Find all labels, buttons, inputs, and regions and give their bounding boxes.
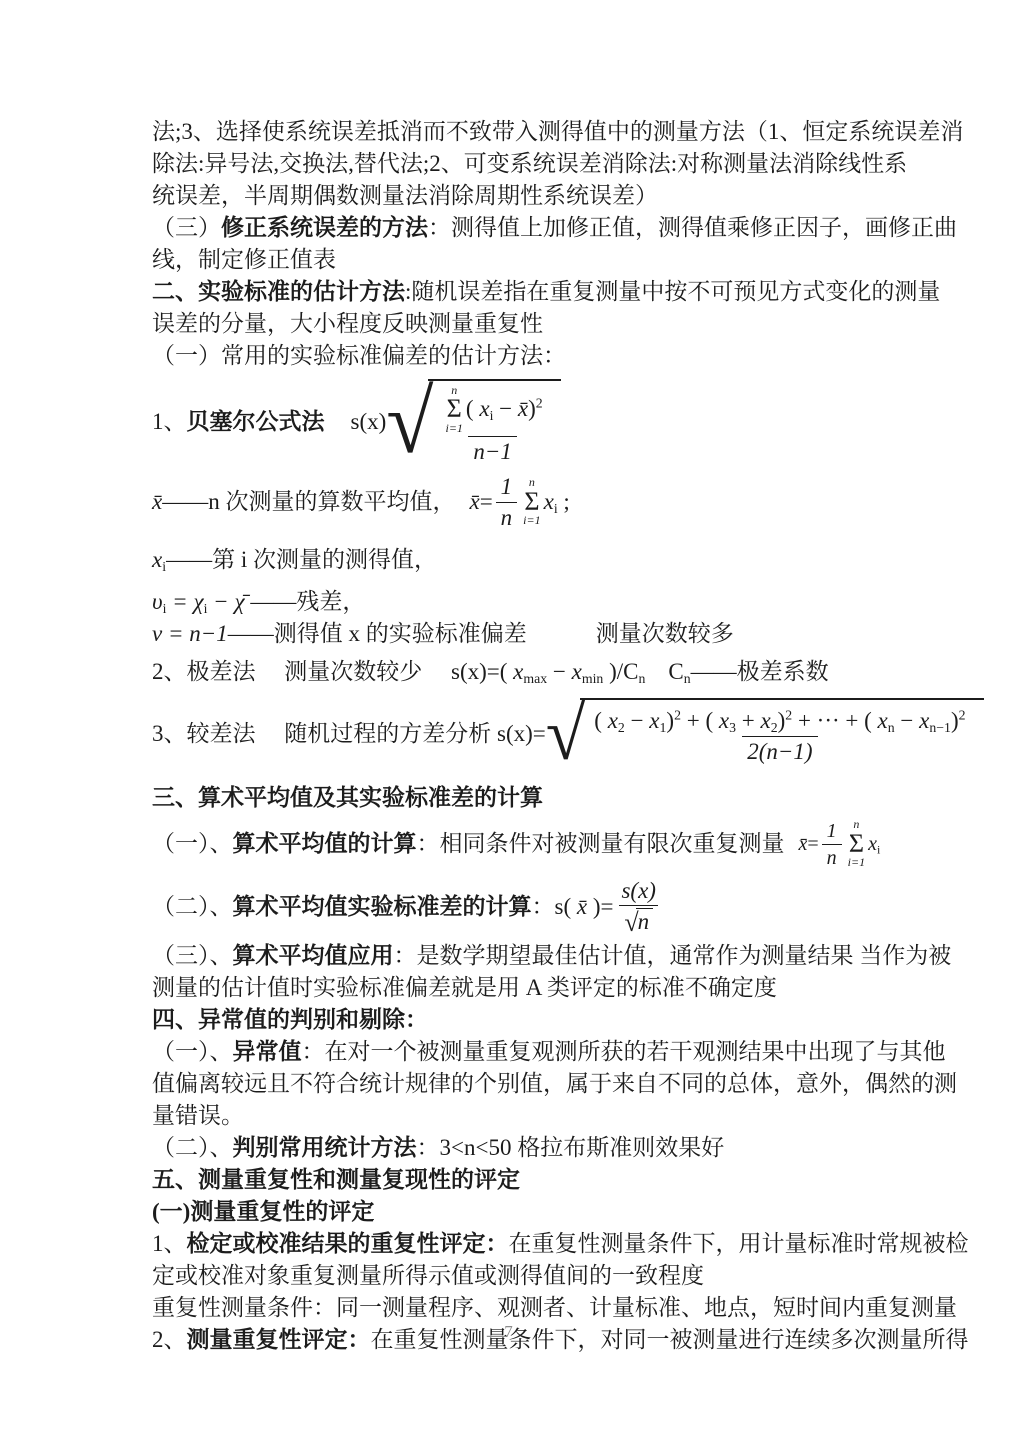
formula-token: + (	[681, 708, 719, 733]
line-repeatability-1: 1、检定或校准结果的重复性评定：在重复性测量条件下，用计量标准时常规被检	[152, 1228, 892, 1260]
line-repeatability-2: 定或校准对象重复测量所得示值或测得值间的一致程度	[152, 1260, 892, 1292]
fraction-denominator: n	[496, 502, 518, 531]
line-mean-stddev: （二）、 算术平均值实验标准差的计算 ： s( x̄ )= s(x) √ n	[152, 874, 892, 940]
heading-section-2: 二、实验标准的估计方法:随机误差指在重复测量中按不可预见方式变化的测量	[152, 276, 892, 308]
formula-token: x	[719, 708, 729, 733]
text-run: （二）、	[152, 1135, 233, 1160]
formula-token: χ	[193, 589, 203, 614]
formula-token: n	[684, 671, 691, 686]
formula-token: (	[466, 396, 479, 421]
formula-token: 2(n−1)	[747, 739, 812, 764]
equals-sign: =	[807, 828, 818, 860]
fraction-numerator: n Σ i=1 ( xi − x̄)2	[437, 383, 547, 436]
line-outlier-2: 值偏离较远且不符合统计规律的个别值，属于来自不同的总体，意外，偶然的测	[152, 1068, 892, 1100]
text-run: 在重复性测量条件下，用计量标准时常规被检	[509, 1231, 969, 1256]
formula-token: −	[207, 589, 234, 614]
formula-token: −	[547, 659, 571, 684]
line-sec2-sub1: （一）常用的实验标准偏差的估计方法：	[152, 340, 892, 372]
text-run: （三）	[152, 215, 221, 240]
fraction-denominator: n	[822, 844, 842, 870]
sigma-symbol: Σ	[524, 490, 539, 515]
line-outlier-3: 量错误。	[152, 1100, 892, 1132]
sigma-symbol: Σ	[849, 832, 864, 857]
formula-token: x	[572, 659, 582, 684]
formula-token: )/C	[603, 659, 638, 684]
formula-token: −	[493, 396, 517, 421]
summation: n Σ i=1	[445, 384, 462, 435]
formula-token: ——第 i 次测量的测得值，	[166, 547, 437, 572]
line-mean-application: （三）、算术平均值应用：是数学期望最佳估计值，通常作为测量结果 当作为被	[152, 940, 892, 972]
text-run: （一）、	[152, 1039, 233, 1064]
sqrt-expression: √ ( x2 − x1)2 + ( x3 + x2)2 + ··· + ( xn…	[546, 698, 984, 770]
fraction-numerator: 1	[496, 473, 518, 501]
fraction: ( x2 − x1)2 + ( x3 + x2)2 + ··· + ( xn −…	[589, 707, 970, 765]
formula-tokens: xi	[868, 828, 880, 860]
formula-token: n−1	[473, 439, 512, 464]
sigma-symbol: Σ	[447, 397, 462, 422]
formula-token: x	[152, 547, 162, 572]
formula-token: =	[166, 589, 193, 614]
formula-token: x	[479, 396, 489, 421]
heading-section-5-sub1: (一)测量重复性的评定	[152, 1196, 892, 1228]
text-run: （一）、	[152, 828, 233, 860]
formula-token: 2	[959, 708, 966, 723]
fraction-numerator: s(x)	[616, 877, 660, 905]
formula-token: ν = n−1	[152, 621, 228, 646]
line-residual: υi = χi − χ̄ ——残差，	[152, 586, 892, 618]
formula-token: x	[513, 659, 523, 684]
sum-lower-limit: i=1	[445, 422, 462, 435]
formula-tokens: xi ;	[544, 486, 570, 518]
line-mean-application-2: 测量的估计值时实验标准偏差就是用 A 类评定的标准不确定度	[152, 972, 892, 1004]
sqrt-expression: √ n	[624, 908, 653, 935]
formula-token: x̄	[518, 396, 528, 421]
formula-token: x	[544, 489, 554, 514]
formula-token: s(x)=	[497, 721, 546, 746]
line-sec3fix: （三）修正系统误差的方法：测得值上加修正值，测得值乘修正因子，画修正曲	[152, 212, 892, 244]
document-page: { "colors": { "text": "#1c1c1c", "page_b…	[0, 0, 1017, 1438]
fraction: 1 n	[822, 819, 842, 870]
fraction: 1 n	[496, 473, 518, 531]
fraction: n Σ i=1 ( xi − x̄)2 n−1	[437, 383, 547, 466]
formula-token: 2、极差法 测量次数较少 s(x)=(	[152, 659, 513, 684]
radicand: n Σ i=1 ( xi − x̄)2 n−1	[428, 379, 560, 466]
fraction: s(x) √ n	[616, 877, 660, 937]
fraction-denominator: n−1	[468, 436, 517, 465]
text-run: ：是数学期望最佳估计值，通常作为测量结果 当作为被	[394, 943, 952, 968]
text-run: （三）、	[152, 943, 233, 968]
formula-token: 2	[536, 396, 543, 411]
heading-section-5: 五、测量重复性和测量复现性的评定	[152, 1164, 892, 1196]
formula-token: −	[625, 708, 649, 733]
text-run: 1、	[152, 406, 187, 438]
line-outlier: （一）、异常值：在对一个被测量重复观测所获的若干观测结果中出现了与其他	[152, 1036, 892, 1068]
text-run: ：相同条件对被测量有限次重复测量	[417, 828, 785, 860]
fraction-denominator: √ n	[619, 905, 658, 937]
line-intro-1: 法;3、选择使系统误差抵消而不致带入测得值中的测量方法（1、恒定系统误差消	[152, 116, 892, 148]
text-run: ：3<n<50 格拉布斯准则效果好	[417, 1135, 725, 1160]
heading-run: 异常值	[233, 1039, 302, 1064]
heading-section-3: 三、算术平均值及其实验标准差的计算	[152, 782, 892, 814]
line-sec3fix-2: 线，制定修正值表	[152, 244, 892, 276]
formula-token: min	[582, 671, 603, 686]
formula-token: + ··· + (	[792, 708, 877, 733]
formula-token: x	[649, 708, 659, 733]
fraction-numerator: 1	[822, 819, 842, 844]
formula-token: x	[919, 708, 929, 733]
formula-tokens: x̄——n 次测量的算数平均值，	[152, 486, 455, 518]
formula-token: 3、较差法 随机过程的方差分析	[152, 721, 497, 746]
formula-token: x	[608, 708, 618, 733]
heading-section-4: 四、异常值的判别和剔除：	[152, 1004, 892, 1036]
formula-token: )=	[587, 894, 613, 919]
heading-run: 判别常用统计方法	[233, 1135, 417, 1160]
line-repeat-conditions: 重复性测量条件：同一测量程序、观测者、计量标准、地点，短时间内重复测量	[152, 1292, 892, 1324]
formula-token: χ̄	[234, 589, 244, 614]
heading-run: 二、实验标准的估计方法	[152, 279, 405, 304]
line-intro-2: 除法:异号法,交换法,替代法;2、可变系统误差消除法:对称测量法消除线性系	[152, 148, 892, 180]
formula-token: x	[761, 708, 771, 733]
text-run: :随机误差指在重复测量中按不可预见方式变化的测量	[405, 279, 940, 304]
equals-sign: =	[480, 486, 493, 518]
radicand: n	[636, 908, 654, 935]
formula-token: 2	[771, 720, 778, 735]
formula-token: x	[878, 708, 888, 733]
line-nu: ν = n−1——测得值 x 的实验标准偏差 测量次数较多	[152, 618, 892, 650]
formula-token: )	[666, 708, 674, 733]
line-sec2-2: 误差的分量，大小程度反映测量重复性	[152, 308, 892, 340]
formula-tokens: s( x̄ )=	[555, 891, 614, 923]
line-range-method: 2、极差法 测量次数较少 s(x)=( xmax − xmin )/Cn Cn—…	[152, 656, 892, 688]
formula-token: 2	[674, 708, 681, 723]
fraction-denominator: 2(n−1)	[742, 736, 817, 765]
formula-token: 测量次数较多	[527, 621, 734, 646]
page-number: 7	[0, 1322, 1017, 1342]
radical-sign: √	[386, 378, 433, 467]
xbar-symbol: x̄	[799, 828, 808, 860]
formula-token: 3	[729, 720, 736, 735]
formula-token: ——极差系数	[691, 659, 829, 684]
formula-token: −	[895, 708, 919, 733]
formula-token: ——测得值 x 的实验标准偏差	[228, 621, 527, 646]
sum-lower-limit: i=1	[848, 856, 865, 869]
formula-token: ;	[558, 489, 570, 514]
heading-run: 算术平均值应用	[233, 943, 394, 968]
formula-token: x̄	[152, 489, 162, 514]
text-run: 1、	[152, 1231, 187, 1256]
formula-token: ——残差，	[245, 589, 366, 614]
formula-token: υ	[152, 589, 163, 614]
xbar-symbol: x̄	[469, 486, 479, 518]
heading-run: 贝塞尔公式法	[187, 406, 325, 438]
fraction-numerator: ( x2 − x1)2 + ( x3 + x2)2 + ··· + ( xn −…	[589, 707, 970, 735]
formula-token: 2	[618, 720, 625, 735]
heading-run: 算术平均值的计算	[233, 828, 417, 860]
text-run: （二）、	[152, 891, 233, 923]
summation: n Σ i=1	[848, 818, 865, 869]
formula-token: x	[868, 833, 877, 855]
text-run: ：在对一个被测量重复观测所获的若干观测结果中出现了与其他	[302, 1039, 946, 1064]
formula-tokens: 3、较差法 随机过程的方差分析 s(x)=	[152, 718, 546, 750]
formula-token: max	[523, 671, 547, 686]
formula-token: (	[594, 708, 607, 733]
sum-lower-limit: i=1	[523, 514, 540, 527]
line-xi-definition: xi——第 i 次测量的测得值，	[152, 544, 892, 576]
summation: n Σ i=1	[523, 476, 540, 527]
sqrt-expression: √ n Σ i=1 ( xi − x̄)2 n−1	[386, 379, 560, 466]
formula-successive-difference: 3、较差法 随机过程的方差分析 s(x)= √ ( x2 − x1)2 + ( …	[152, 692, 892, 776]
formula-bessel: 1、 贝塞尔公式法 s(x) √ n Σ i=1 ( xi − x̄)2 n−1	[152, 378, 892, 466]
text-run: ：	[532, 891, 555, 923]
formula-sx: s(x)	[351, 406, 387, 438]
radicand: ( x2 − x1)2 + ( x3 + x2)2 + ··· + ( xn −…	[580, 698, 983, 770]
formula-token: n−1	[929, 720, 951, 735]
line-statistic-method: （二）、判别常用统计方法：3<n<50 格拉布斯准则效果好	[152, 1132, 892, 1164]
formula-token: )	[528, 396, 536, 421]
formula-token: C	[645, 659, 683, 684]
heading-run: 修正系统误差的方法	[221, 215, 428, 240]
formula-token: n	[888, 720, 895, 735]
text-run: ：测得值上加修正值，测得值乘修正因子，画修正曲	[428, 215, 957, 240]
line-mean-calculation: （一）、 算术平均值的计算 ：相同条件对被测量有限次重复测量 x̄ = 1 n …	[152, 814, 892, 874]
heading-run: 算术平均值实验标准差的计算	[233, 891, 532, 923]
heading-run: 检定或校准结果的重复性评定：	[187, 1231, 509, 1256]
radical-sign: √	[546, 697, 586, 772]
formula-token: )	[951, 708, 959, 733]
formula-token: x̄	[577, 894, 587, 919]
formula-token: +	[736, 708, 760, 733]
line-intro-3: 统误差，半周期偶数测量法消除周期性系统误差）	[152, 180, 892, 212]
formula-token: s(	[555, 894, 577, 919]
formula-token: i	[877, 843, 880, 857]
page-content: 法;3、选择使系统误差抵消而不致带入测得值中的测量方法（1、恒定系统误差消 除法…	[152, 116, 892, 1356]
formula-token: ——n 次测量的算数平均值，	[162, 489, 455, 514]
formula-mean-definition: x̄——n 次测量的算数平均值， x̄ = 1 n n Σ i=1 xi ;	[152, 466, 892, 538]
formula-tokens: ( xi − x̄)2	[466, 396, 543, 422]
